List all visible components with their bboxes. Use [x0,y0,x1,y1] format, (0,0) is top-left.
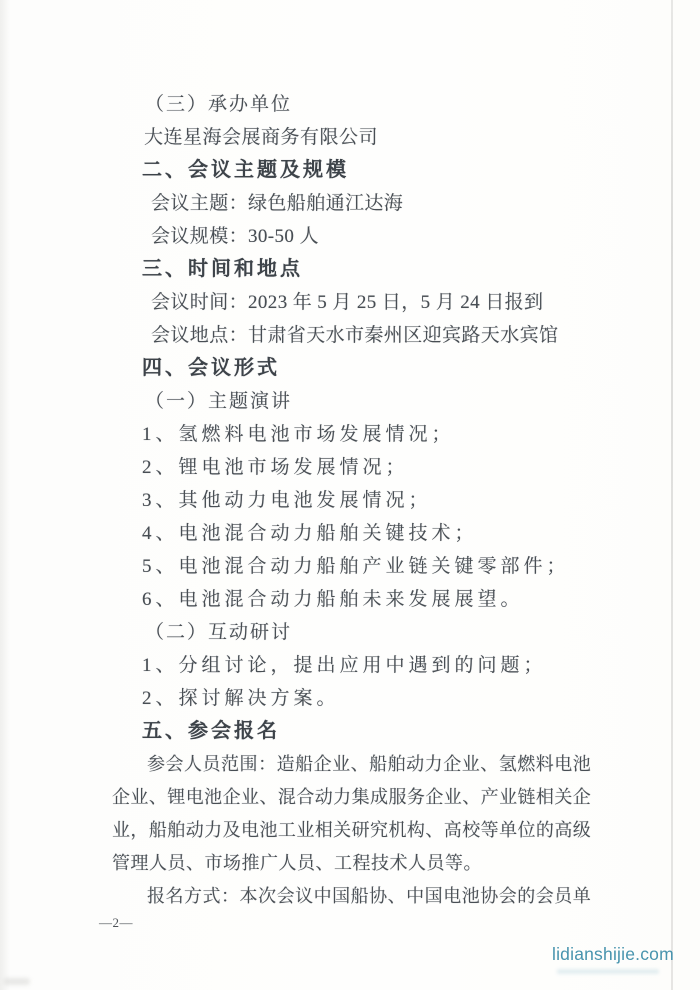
keynote-item-5: 5、电池混合动力船舶产业链关键零部件； [112,550,591,583]
meeting-topic: 会议主题：绿色船舶通江达海 [112,187,591,220]
heading-format: 四、会议形式 [112,352,591,385]
participants-line-2: 企业、锂电池企业、混合动力集成服务企业、产业链相关企 [112,781,591,814]
keynote-item-2: 2、锂电池市场发展情况； [112,451,591,484]
meeting-time: 会议时间：2023 年 5 月 25 日，5 月 24 日报到 [112,286,591,319]
scan-edge-right [671,0,673,990]
meeting-scale: 会议规模：30-50 人 [112,220,591,253]
discussion-item-2: 2、探讨解决方案。 [112,682,591,715]
sub-heading-discussion: （二）互动研讨 [112,616,591,649]
document-page: （三）承办单位 大连星海会展商务有限公司 二、会议主题及规模 会议主题：绿色船舶… [0,0,700,990]
registration-line-1: 报名方式：本次会议中国船协、中国电池协会的会员单 [112,880,591,913]
participants-line-3: 业，船舶动力及电池工业相关研究机构、高校等单位的高级 [112,814,591,847]
keynote-item-3: 3、其他动力电池发展情况； [112,484,591,517]
scan-smudge [4,978,30,985]
keynote-item-6: 6、电池混合动力船舶未来发展展望。 [112,583,591,616]
sub-heading-keynote: （一）主题演讲 [112,385,591,418]
sub-heading-organizer: （三）承办单位 [112,88,591,121]
heading-time-place: 三、时间和地点 [112,253,591,286]
page-number: —2— [99,915,133,931]
participants-line-4: 管理人员、市场推广人员、工程技术人员等。 [112,847,591,880]
keynote-item-4: 4、电池混合动力船舶关键技术； [112,517,591,550]
discussion-item-1: 1、分组讨论，提出应用中遇到的问题； [112,649,591,682]
watermark-smudge [557,969,659,974]
heading-topic-scale: 二、会议主题及规模 [112,154,591,187]
watermark-text: lidianshijie.com [552,944,674,965]
organizer-name: 大连星海会展商务有限公司 [112,121,591,154]
heading-registration: 五、参会报名 [112,715,591,748]
meeting-place: 会议地点：甘肃省天水市秦州区迎宾路天水宾馆 [112,319,591,352]
scan-edge-left [0,0,10,990]
document-body: （三）承办单位 大连星海会展商务有限公司 二、会议主题及规模 会议主题：绿色船舶… [112,88,591,913]
keynote-item-1: 1、氢燃料电池市场发展情况； [112,418,591,451]
participants-line-1: 参会人员范围：造船企业、船舶动力企业、氢燃料电池 [112,748,591,781]
